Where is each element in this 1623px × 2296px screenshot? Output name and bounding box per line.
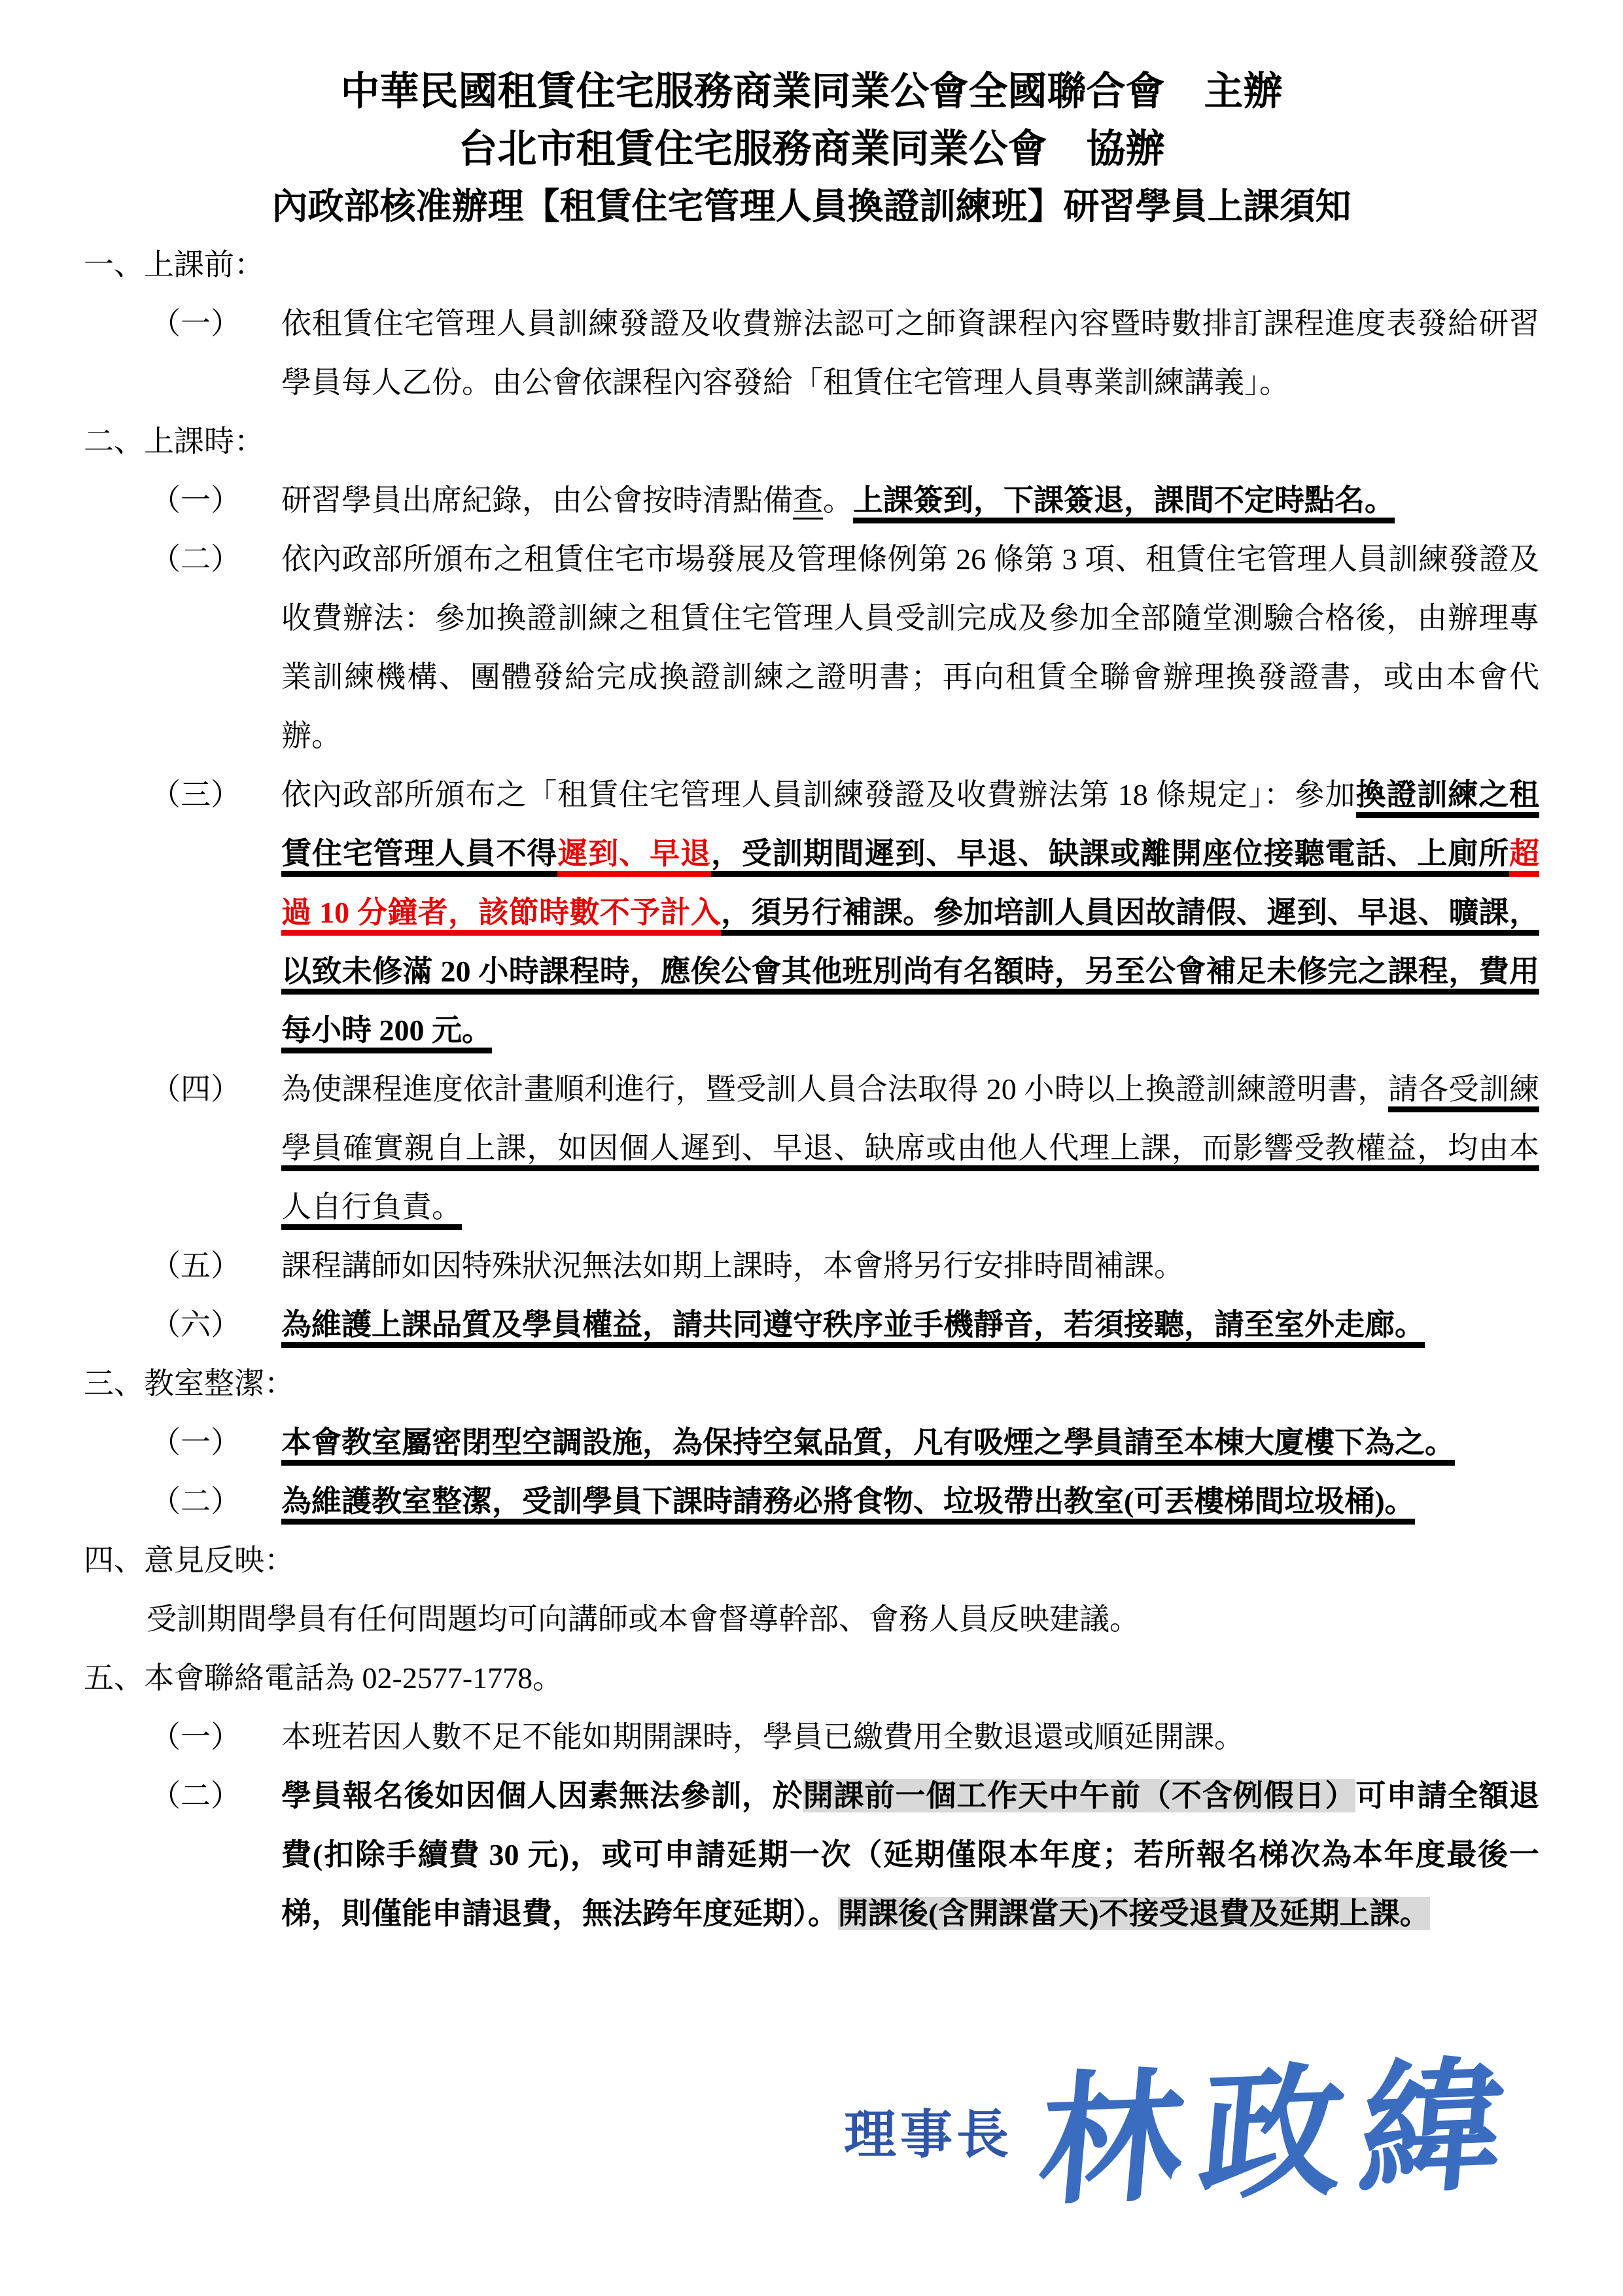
text-run: 研習學員出席紀錄，由公會按時清點備 — [281, 484, 793, 517]
text-run: 開課後(含開課當天)不接受退費及延期上課。 — [838, 1897, 1430, 1930]
co-organizer-title-line: 台北市租賃住宅服務商業同業公會 協辦 — [84, 120, 1539, 178]
item-text: 本會教室屬密閉型空調設施，為保持空氣品質，凡有吸煙之學員請至本棟大廈樓下為之。 — [281, 1426, 1455, 1466]
text-run: ，受訓期間遲到、早退、缺課或離開座位接聽電話、上廁所 — [711, 837, 1509, 877]
item-marker: （二） — [150, 1472, 241, 1531]
item-marker: （六） — [150, 1296, 241, 1354]
notice-body: 一、上課前：（一）依租賃住宅管理人員訓練發證及收費辦法認可之師資課程內容暨時數排… — [84, 236, 1539, 1943]
section-heading: 四、意見反映： — [84, 1531, 1539, 1590]
item-text: 課程講師如因特殊狀況無法如期上課時，本會將另行安排時間補課。 — [281, 1249, 1184, 1282]
item-text: 為維護教室整潔，受訓學員下課時請務必將食物、垃圾帶出教室(可丟樓梯間垃圾桶)。 — [281, 1485, 1415, 1525]
text-run: 學員報名後如因個人因素無法參訓，於 — [281, 1779, 803, 1812]
list-item: （二）依內政部所頒布之租賃住宅市場發展及管理條例第 26 條第 3 項、租賃住宅… — [84, 530, 1539, 766]
text-run: 課程講師如因特殊狀況無法如期上課時，本會將另行安排時間補課。 — [281, 1249, 1184, 1282]
document-content: 中華民國租賃住宅服務商業同業公會全國聯合會 主辦 台北市租賃住宅服務商業同業公會… — [0, 0, 1623, 1943]
item-text: 依內政部所頒布之「租賃住宅管理人員訓練發證及收費辦法第 18 條規定」：參加換證… — [281, 778, 1539, 1053]
item-text: 本班若因人數不足不能如期開課時，學員已繳費用全數退還或順延開課。 — [281, 1720, 1244, 1754]
section-heading: 三、教室整潔： — [84, 1354, 1539, 1413]
chairman-signature-name: 林政緯 — [1032, 2011, 1531, 2232]
section-heading: 二、上課時： — [84, 412, 1539, 471]
text-run: 本會教室屬密閉型空調設施，為保持空氣品質，凡有吸煙之學員請至本棟大廈樓下為之。 — [281, 1426, 1455, 1466]
list-item: （一）本會教室屬密閉型空調設施，為保持空氣品質，凡有吸煙之學員請至本棟大廈樓下為… — [84, 1413, 1539, 1472]
item-text: 依內政部所頒布之租賃住宅市場發展及管理條例第 26 條第 3 項、租賃住宅管理人… — [281, 542, 1539, 752]
text-run: 開課前一個工作天中午前（不含例假日） — [803, 1779, 1356, 1812]
text-run: 為維護上課品質及學員權益，請共同遵守秩序並手機靜音，若須接聽，請至室外走廊。 — [281, 1308, 1425, 1348]
item-marker: （二） — [150, 1767, 241, 1826]
item-marker: （三） — [150, 766, 241, 824]
chairman-label: 理事長 — [844, 2093, 1013, 2168]
text-run: 為維護教室整潔，受訓學員下課時請務必將食物、垃圾帶出教室(可丟樓梯間垃圾桶)。 — [281, 1485, 1415, 1525]
text-run: 依租賃住宅管理人員訓練發證及收費辦法認可之師資課程內容暨時數排訂課程進度表發給研… — [281, 307, 1539, 399]
document-title: 內政部核准辦理【租賃住宅管理人員換證訓練班】研習學員上課須知 — [84, 178, 1539, 236]
item-marker: （五） — [150, 1237, 241, 1296]
text-run: 依內政部所頒布之租賃住宅市場發展及管理條例第 26 條第 3 項、租賃住宅管理人… — [281, 542, 1539, 752]
list-item: （六）為維護上課品質及學員權益，請共同遵守秩序並手機靜音，若須接聽，請至室外走廊… — [84, 1296, 1539, 1354]
document-page: 中華民國租賃住宅服務商業同業公會全國聯合會 主辦 台北市租賃住宅服務商業同業公會… — [0, 0, 1623, 2296]
text-run: 為使課程進度依計畫順利進行，暨受訓人員合法取得 20 小時以上換證訓練證明書， — [281, 1072, 1388, 1106]
text-run: 受訓期間學員有任何問題均可向講師或本會督導幹部、會務人員反映建議。 — [147, 1602, 1140, 1636]
text-run: 一、上課前： — [84, 248, 264, 281]
text-run: 查 — [793, 484, 823, 520]
item-text: 依租賃住宅管理人員訓練發證及收費辦法認可之師資課程內容暨時數排訂課程進度表發給研… — [281, 307, 1539, 399]
item-text: 為維護上課品質及學員權益，請共同遵守秩序並手機靜音，若須接聽，請至室外走廊。 — [281, 1308, 1425, 1348]
text-run: 依內政部所頒布之「租賃住宅管理人員訓練發證及收費辦法第 18 條規定」：參加 — [281, 778, 1356, 811]
item-marker: （一） — [150, 471, 241, 530]
list-item: （二）為維護教室整潔，受訓學員下課時請務必將食物、垃圾帶出教室(可丟樓梯間垃圾桶… — [84, 1472, 1539, 1531]
text-run: 五、本會聯絡電話為 02-2577-1778。 — [84, 1661, 563, 1695]
text-run: 本班若因人數不足不能如期開課時，學員已繳費用全數退還或順延開課。 — [281, 1720, 1244, 1754]
item-marker: （二） — [150, 530, 241, 589]
list-item: （三）依內政部所頒布之「租賃住宅管理人員訓練發證及收費辦法第 18 條規定」：參… — [84, 766, 1539, 1060]
item-marker: （一） — [150, 294, 241, 353]
section-heading: 五、本會聯絡電話為 02-2577-1778。 — [84, 1649, 1539, 1708]
item-marker: （一） — [150, 1413, 241, 1472]
text-run: 。 — [823, 484, 853, 517]
item-marker: （一） — [150, 1708, 241, 1767]
text-run: 上課簽到，下課簽退，課間不定時點名。 — [853, 484, 1395, 523]
paragraph: 受訓期間學員有任何問題均可向講師或本會督導幹部、會務人員反映建議。 — [84, 1590, 1539, 1649]
list-item: （一）依租賃住宅管理人員訓練發證及收費辦法認可之師資課程內容暨時數排訂課程進度表… — [84, 294, 1539, 412]
list-item: （二）學員報名後如因個人因素無法參訓，於開課前一個工作天中午前（不含例假日）可申… — [84, 1767, 1539, 1943]
item-marker: （四） — [150, 1060, 241, 1119]
list-item: （五）課程講師如因特殊狀況無法如期上課時，本會將另行安排時間補課。 — [84, 1237, 1539, 1296]
organizer-title-line: 中華民國租賃住宅服務商業同業公會全國聯合會 主辦 — [84, 63, 1539, 120]
item-text: 學員報名後如因個人因素無法參訓，於開課前一個工作天中午前（不含例假日）可申請全額… — [281, 1779, 1539, 1930]
list-item: （四）為使課程進度依計畫順利進行，暨受訓人員合法取得 20 小時以上換證訓練證明… — [84, 1060, 1539, 1237]
text-run: 二、上課時： — [84, 425, 264, 458]
list-item: （一）本班若因人數不足不能如期開課時，學員已繳費用全數退還或順延開課。 — [84, 1708, 1539, 1767]
item-text: 研習學員出席紀錄，由公會按時清點備查。上課簽到，下課簽退，課間不定時點名。 — [281, 484, 1395, 523]
item-text: 為使課程進度依計畫順利進行，暨受訓人員合法取得 20 小時以上換證訓練證明書，請… — [281, 1072, 1539, 1230]
chairman-signature: 理事長 林政緯 — [844, 2012, 1563, 2248]
text-run: 三、教室整潔： — [84, 1367, 294, 1400]
text-run: 四、意見反映： — [84, 1544, 294, 1577]
list-item: （一）研習學員出席紀錄，由公會按時清點備查。上課簽到，下課簽退，課間不定時點名。 — [84, 471, 1539, 530]
section-heading: 一、上課前： — [84, 236, 1539, 294]
text-run: 遲到、早退 — [557, 837, 711, 877]
